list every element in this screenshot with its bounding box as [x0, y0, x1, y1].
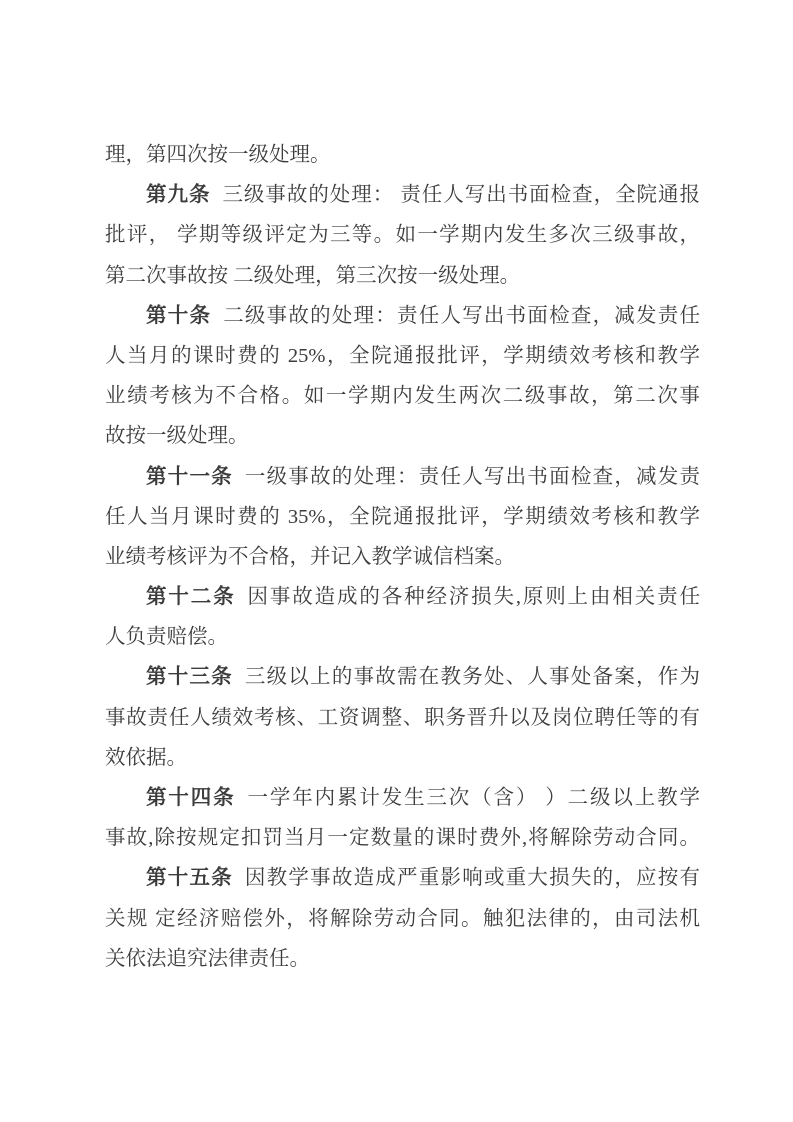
article-text: 因教学事故造成严重影响或重大损失的，应按有 [245, 867, 700, 889]
article-paragraph: 第十一条一级事故的处理：责任人写出书面检查，减发责任人当月课时费的 35%，全院… [105, 457, 700, 578]
article-text: 一级事故的处理：责任人写出书面检查，减发责 [245, 466, 700, 488]
article-paragraph: 第十五条因教学事故造成严重影响或重大损失的，应按有关规 定经济赔偿外，将解除劳动… [105, 858, 700, 979]
article-paragraph: 第十三条三级以上的事故需在教务处、人事处备案，作为事故责任人绩效考核、工资调整、… [105, 657, 700, 778]
continuation-paragraph: 理，第四次按一级处理。 [105, 135, 700, 175]
text-line: 人负责赔偿。 [105, 617, 700, 657]
article-text: 三级事故的处理： 责任人写出书面检查，全院通报 [222, 184, 700, 206]
article-number: 第九条 [146, 184, 210, 206]
article-first-line: 第十一条一级事故的处理：责任人写出书面检查，减发责 [105, 457, 700, 497]
text-line: 理，第四次按一级处理。 [105, 135, 700, 175]
article-text: 一学年内累计发生三次（含） ）二级以上教学 [247, 787, 700, 809]
text-line: 人当月的课时费的 25%，全院通报批评，学期绩效考核和教学 [105, 336, 700, 376]
text-line: 第二次事故按 二级处理，第三次按一级处理。 [105, 256, 700, 296]
article-first-line: 第十五条因教学事故造成严重影响或重大损失的，应按有 [105, 858, 700, 898]
article-number: 第十三条 [146, 666, 233, 688]
text-line: 事故责任人绩效考核、工资调整、职务晋升以及岗位聘任等的有 [105, 698, 700, 738]
text-line: 关规 定经济赔偿外，将解除劳动合同。触犯法律的，由司法机 [105, 899, 700, 939]
article-number: 第十二条 [146, 586, 235, 608]
article-text: 二级事故的处理：责任人写出书面检查，减发责任 [223, 305, 700, 327]
text-line: 关依法追究法律责任。 [105, 939, 700, 979]
article-first-line: 第十条二级事故的处理：责任人写出书面检查，减发责任 [105, 296, 700, 336]
article-number: 第十一条 [146, 466, 233, 488]
article-paragraph: 第九条三级事故的处理： 责任人写出书面检查，全院通报批评， 学期等级评定为三等。… [105, 175, 700, 296]
article-paragraph: 第十条二级事故的处理：责任人写出书面检查，减发责任人当月的课时费的 25%，全院… [105, 296, 700, 457]
article-number: 第十四条 [146, 787, 235, 809]
document-body: 理，第四次按一级处理。第九条三级事故的处理： 责任人写出书面检查，全院通报批评，… [105, 135, 700, 979]
document-page: 理，第四次按一级处理。第九条三级事故的处理： 责任人写出书面检查，全院通报批评，… [0, 0, 793, 1122]
article-paragraph: 第十四条一学年内累计发生三次（含） ）二级以上教学事故,除按规定扣罚当月一定数量… [105, 778, 700, 858]
article-first-line: 第九条三级事故的处理： 责任人写出书面检查，全院通报 [105, 175, 700, 215]
text-line: 事故,除按规定扣罚当月一定数量的课时费外,将解除劳动合同。 [105, 818, 700, 858]
article-first-line: 第十三条三级以上的事故需在教务处、人事处备案，作为 [105, 657, 700, 697]
article-text: 因事故造成的各种经济损失,原则上由相关责任 [247, 586, 700, 608]
article-first-line: 第十四条一学年内累计发生三次（含） ）二级以上教学 [105, 778, 700, 818]
text-line: 业绩考核为不合格。如一学期内发生两次二级事故，第二次事 [105, 376, 700, 416]
article-first-line: 第十二条因事故造成的各种经济损失,原则上由相关责任 [105, 577, 700, 617]
text-line: 效依据。 [105, 738, 700, 778]
article-text: 三级以上的事故需在教务处、人事处备案，作为 [245, 666, 700, 688]
article-paragraph: 第十二条因事故造成的各种经济损失,原则上由相关责任人负责赔偿。 [105, 577, 700, 657]
article-number: 第十五条 [146, 867, 233, 889]
text-line: 故按一级处理。 [105, 416, 700, 456]
text-line: 任人当月课时费的 35%，全院通报批评，学期绩效考核和教学 [105, 497, 700, 537]
text-line: 批评， 学期等级评定为三等。如一学期内发生多次三级事故， [105, 215, 700, 255]
article-number: 第十条 [146, 305, 211, 327]
text-line: 业绩考核评为不合格，并记入教学诚信档案。 [105, 537, 700, 577]
